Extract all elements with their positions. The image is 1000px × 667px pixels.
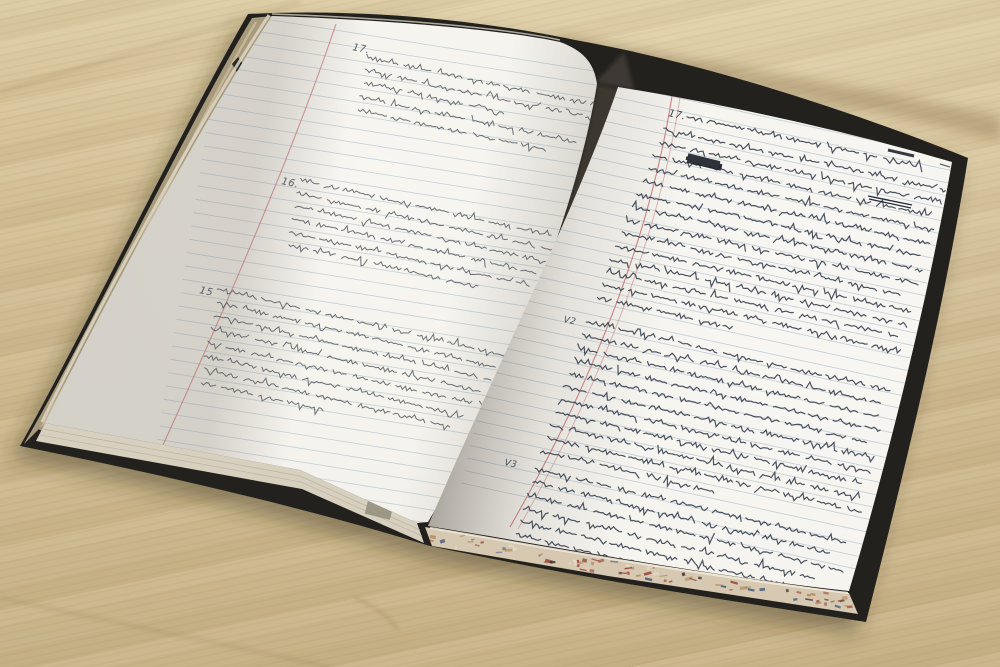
marble-fleck bbox=[574, 562, 576, 565]
marble-fleck bbox=[664, 579, 667, 582]
marble-fleck bbox=[513, 548, 517, 551]
photo-scene: 17. 16. 15 17. V2 V3 bbox=[0, 0, 1000, 667]
marble-fleck bbox=[502, 547, 506, 551]
marble-fleck bbox=[505, 549, 512, 552]
marble-fleck bbox=[550, 561, 556, 563]
marble-fleck bbox=[847, 605, 853, 608]
marble-fleck bbox=[698, 577, 702, 580]
marble-fleck bbox=[455, 547, 457, 549]
marble-fleck bbox=[793, 598, 797, 601]
marble-fleck bbox=[618, 572, 622, 575]
marble-fleck bbox=[786, 589, 789, 592]
marble-fleck bbox=[647, 567, 653, 570]
marble-fleck bbox=[569, 562, 572, 564]
marble-fleck bbox=[589, 569, 594, 573]
marble-fleck bbox=[591, 562, 594, 565]
notebook-svg: 17. 16. 15 17. V2 V3 bbox=[0, 0, 1000, 667]
marble-fleck bbox=[759, 588, 765, 591]
marble-fleck bbox=[842, 596, 848, 600]
